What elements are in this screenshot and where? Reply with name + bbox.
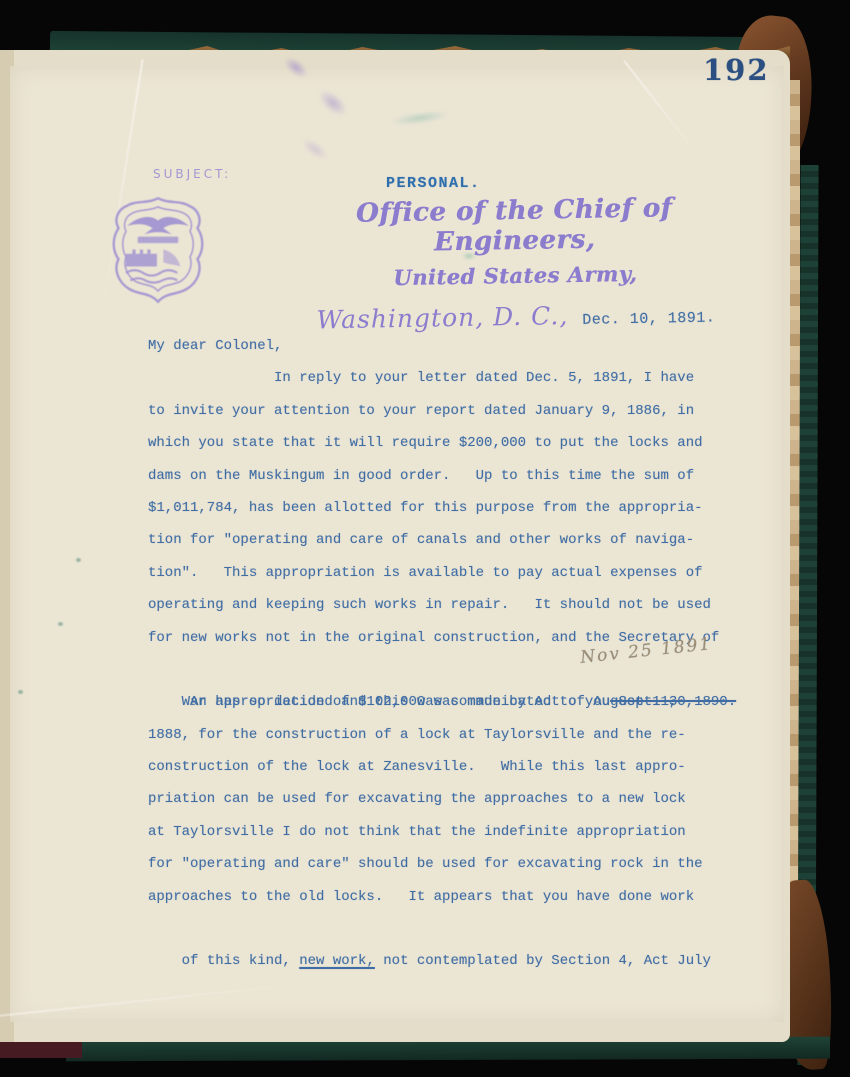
underlined-phrase: new work, bbox=[299, 953, 375, 969]
body-line: priation can be used for excavating the … bbox=[148, 783, 768, 815]
body-line: dams on the Muskingum in good order. Up … bbox=[148, 460, 768, 492]
body-text-before-underline: of this kind, bbox=[182, 953, 300, 969]
body-line: for "operating and care" should be used … bbox=[148, 848, 768, 880]
struck-out-date: Sept. 30,1890. bbox=[610, 694, 736, 710]
body-line: at Taylorsville I do not think that the … bbox=[148, 816, 768, 848]
paper-speck bbox=[58, 622, 63, 626]
body-line: construction of the lock at Zanesville. … bbox=[148, 751, 768, 783]
body-line: to invite your attention to your report … bbox=[148, 395, 768, 427]
letterhead-army-line: United States Army, bbox=[305, 259, 725, 291]
letterhead-block: Office of the Chief of Engineers, United… bbox=[304, 192, 726, 334]
letter-date: Dec. 10, 1891. bbox=[582, 310, 715, 329]
body-line: $1,011,784, has been allotted for this p… bbox=[148, 492, 768, 524]
body-line: tion for "operating and care of canals a… bbox=[148, 524, 768, 556]
body-line: In reply to your letter dated Dec. 5, 18… bbox=[148, 362, 768, 394]
body-line: approaches to the old locks. It appears … bbox=[148, 881, 768, 913]
salutation: My dear Colonel, bbox=[148, 330, 768, 362]
paper-speck bbox=[18, 690, 23, 694]
body-line: which you state that it will require $20… bbox=[148, 427, 768, 459]
letterhead-office-line: Office of the Chief of Engineers, bbox=[304, 192, 725, 259]
paper-speck bbox=[76, 558, 81, 562]
personal-marking: PERSONAL. bbox=[386, 175, 481, 192]
subject-label: SUBJECT: bbox=[153, 167, 231, 181]
body-text-before-strike: War has so decided and this was communic… bbox=[182, 694, 610, 710]
body-text-after-underline: not contemplated by Section 4, Act July bbox=[375, 953, 711, 969]
body-line: tion". This appropriation is available t… bbox=[148, 557, 768, 589]
body-line: 1888, for the construction of a lock at … bbox=[148, 719, 768, 751]
body-line-with-underline: of this kind, new work, not contemplated… bbox=[148, 913, 768, 945]
body-line-with-correction: War has so decided and this was communic… bbox=[148, 654, 768, 686]
page-number: 192 bbox=[703, 53, 770, 87]
army-corps-of-engineers-seal-icon bbox=[104, 194, 212, 306]
letter-body: My dear Colonel, In reply to your letter… bbox=[148, 330, 768, 945]
body-line: operating and keeping such works in repa… bbox=[148, 589, 768, 621]
scanned-letter-page: { "page_number": "192", "letterhead": { … bbox=[0, 0, 850, 1077]
